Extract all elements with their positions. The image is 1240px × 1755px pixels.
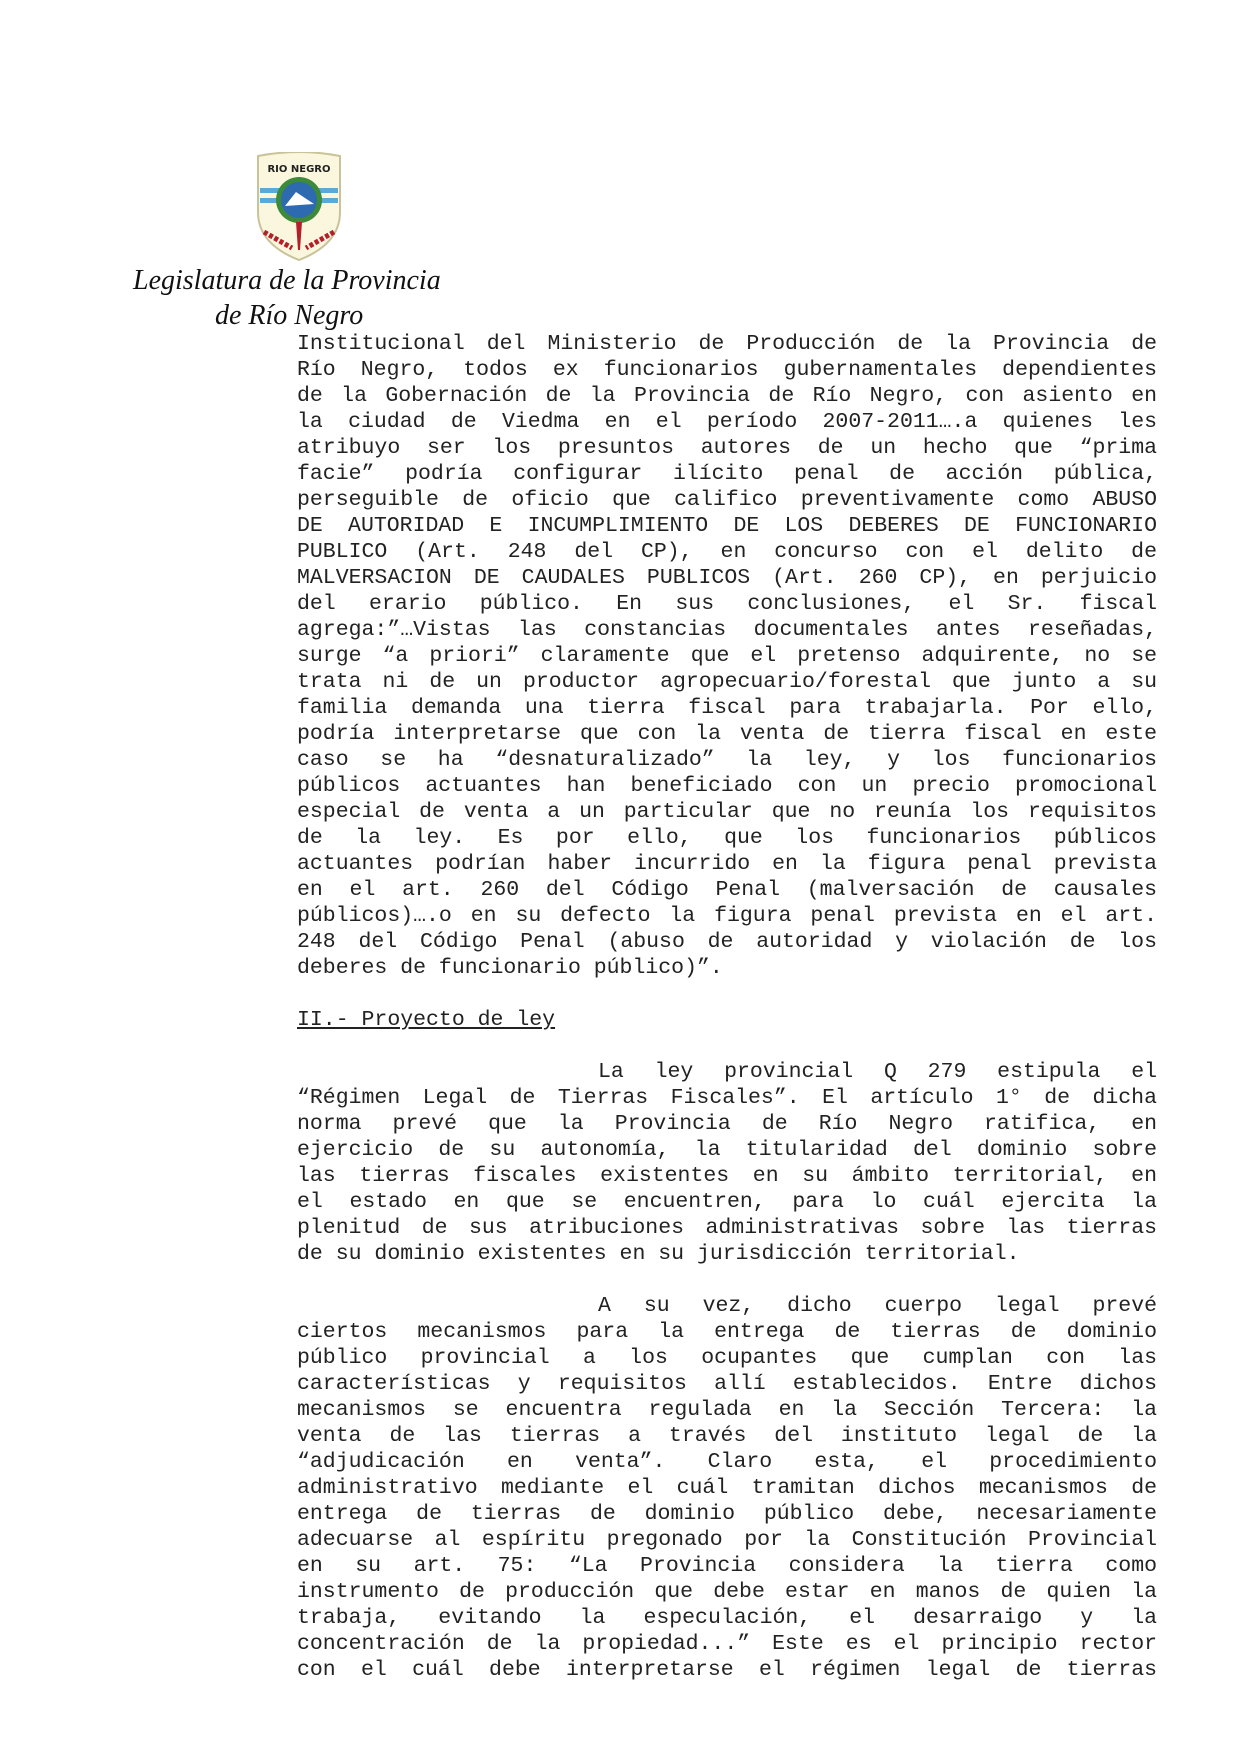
- text-line: atribuyo ser los presuntos autores de un…: [297, 435, 1157, 461]
- paragraph-ley-q279: La ley provincial Q 279 estipula el “Rég…: [297, 1059, 1157, 1267]
- text-line: en su art. 75: “La Provincia considera l…: [297, 1553, 1157, 1579]
- text-line: surge “a priori” claramente que el prete…: [297, 643, 1157, 669]
- paragraph-mecanismos: A su vez, dicho cuerpo legal prevé ciert…: [297, 1293, 1157, 1683]
- text-line: Institucional del Ministerio de Producci…: [297, 331, 1157, 357]
- text-line: “Régimen Legal de Tierras Fiscales”. El …: [297, 1085, 1157, 1111]
- text-line: con el cuál debe interpretarse el régime…: [297, 1657, 1157, 1683]
- text-line: perseguible de oficio que califico preve…: [297, 487, 1157, 513]
- text-line: en el art. 260 del Código Penal (malvers…: [297, 877, 1157, 903]
- text-line: públicos)….o en su defecto la figura pen…: [297, 903, 1157, 929]
- text-line: familia demanda una tierra fiscal para t…: [297, 695, 1157, 721]
- document-body: Institucional del Ministerio de Producci…: [297, 331, 1157, 1683]
- text-line: La ley provincial Q 279 estipula el: [297, 1059, 1157, 1085]
- text-line: características y requisitos allí establ…: [297, 1371, 1157, 1397]
- text-line: facie” podría configurar ilícito penal d…: [297, 461, 1157, 487]
- text-line: públicos actuantes han beneficiado con u…: [297, 773, 1157, 799]
- text-line: podría interpretarse que con la venta de…: [297, 721, 1157, 747]
- text-line: administrativo mediante el cuál tramitan…: [297, 1475, 1157, 1501]
- text-line: mecanismos se encuentra regulada en la S…: [297, 1397, 1157, 1423]
- text-line: PUBLICO (Art. 248 del CP), en concurso c…: [297, 539, 1157, 565]
- text-line: trabaja, evitando la especulación, el de…: [297, 1605, 1157, 1631]
- text-line: de su dominio existentes en su jurisdicc…: [297, 1241, 1157, 1267]
- text-line: venta de las tierras a través del instit…: [297, 1423, 1157, 1449]
- text-line: caso se ha “desnaturalizado” la ley, y l…: [297, 747, 1157, 773]
- section-heading: II.- Proyecto de ley: [297, 1007, 1157, 1033]
- logo-text: RIO NEGRO: [267, 164, 330, 175]
- org-name-line2: de Río Negro: [215, 301, 363, 331]
- paragraph-investigation: Institucional del Ministerio de Producci…: [297, 331, 1157, 981]
- text-line: MALVERSACION DE CAUDALES PUBLICOS (Art. …: [297, 565, 1157, 591]
- text-line: DE AUTORIDAD E INCUMPLIMIENTO DE LOS DEB…: [297, 513, 1157, 539]
- text-line: ciertos mecanismos para la entrega de ti…: [297, 1319, 1157, 1345]
- text-line: Río Negro, todos ex funcionarios guberna…: [297, 357, 1157, 383]
- text-line: A su vez, dicho cuerpo legal prevé: [297, 1293, 1157, 1319]
- text-line: concentración de la propiedad...” Este e…: [297, 1631, 1157, 1657]
- text-line: ejercicio de su autonomía, la titularida…: [297, 1137, 1157, 1163]
- text-line: público provincial a los ocupantes que c…: [297, 1345, 1157, 1371]
- text-line: plenitud de sus atribuciones administrat…: [297, 1215, 1157, 1241]
- text-line: el estado en que se encuentren, para lo …: [297, 1189, 1157, 1215]
- text-line: “adjudicación en venta”. Claro esta, el …: [297, 1449, 1157, 1475]
- text-line: del erario público. En sus conclusiones,…: [297, 591, 1157, 617]
- text-line: trata ni de un productor agropecuario/fo…: [297, 669, 1157, 695]
- text-line: instrumento de producción que debe estar…: [297, 1579, 1157, 1605]
- text-line: adecuarse al espíritu pregonado por la C…: [297, 1527, 1157, 1553]
- text-line: actuantes podrían haber incurrido en la …: [297, 851, 1157, 877]
- org-name-line1: Legislatura de la Provincia: [133, 266, 441, 296]
- text-line: deberes de funcionario público)”.: [297, 955, 1157, 981]
- text-line: agrega:”…Vistas las constancias document…: [297, 617, 1157, 643]
- text-line: de la ley. Es por ello, que los funciona…: [297, 825, 1157, 851]
- text-line: especial de venta a un particular que no…: [297, 799, 1157, 825]
- rio-negro-coat-of-arms-logo: RIO NEGRO: [252, 152, 346, 262]
- text-line: 248 del Código Penal (abuso de autoridad…: [297, 929, 1157, 955]
- text-line: norma prevé que la Provincia de Río Negr…: [297, 1111, 1157, 1137]
- text-line: de la Gobernación de la Provincia de Río…: [297, 383, 1157, 409]
- text-line: las tierras fiscales existentes en su ám…: [297, 1163, 1157, 1189]
- text-line: entrega de tierras de dominio público de…: [297, 1501, 1157, 1527]
- text-line: la ciudad de Viedma en el período 2007-2…: [297, 409, 1157, 435]
